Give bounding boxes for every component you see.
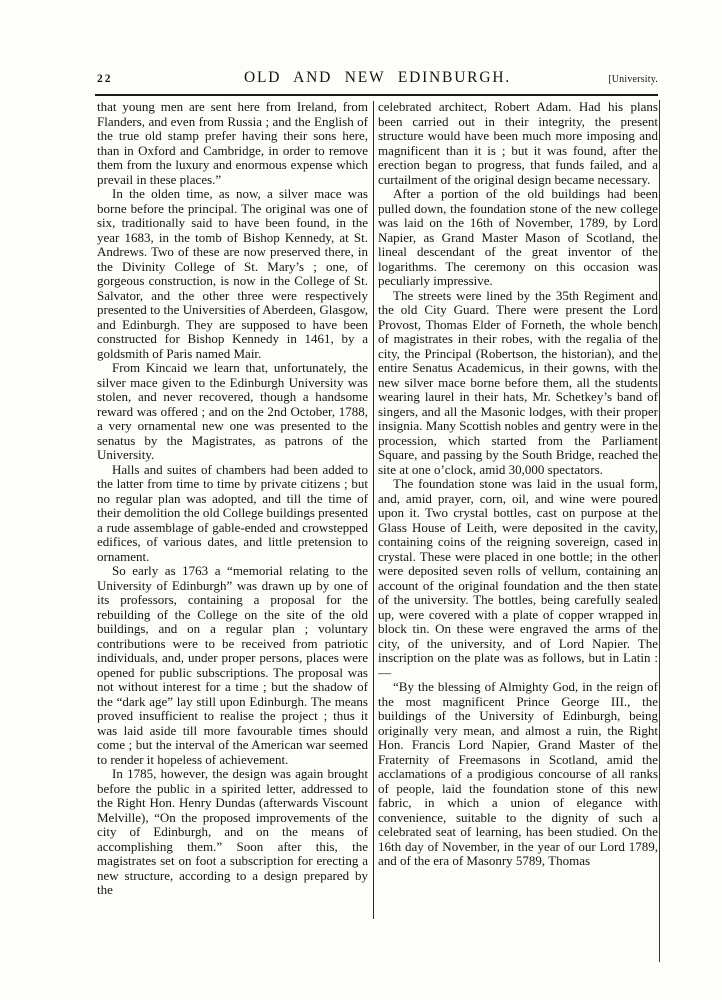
- paragraph: The streets were lined by the 35th Regim…: [378, 289, 658, 478]
- page-edge-line: [659, 100, 660, 962]
- paragraph: The foundation stone was laid in the usu…: [378, 477, 658, 680]
- running-title: OLD AND NEW EDINBURGH.: [157, 69, 598, 87]
- left-column: that young men are sent here from Irelan…: [97, 100, 368, 919]
- right-column: celebrated architect, Robert Adam. Had h…: [378, 100, 658, 919]
- page-number: 22: [97, 73, 157, 85]
- text-columns: that young men are sent here from Irelan…: [97, 100, 658, 919]
- section-label: [University.: [598, 74, 658, 85]
- paragraph: In the olden time, as now, a silver mace…: [97, 187, 368, 361]
- paragraph: celebrated architect, Robert Adam. Had h…: [378, 100, 658, 187]
- paragraph: that young men are sent here from Irelan…: [97, 100, 368, 187]
- paragraph: “By the blessing of Almighty God, in the…: [378, 680, 658, 869]
- book-page: 22 OLD AND NEW EDINBURGH. [University. t…: [0, 0, 722, 1000]
- paragraph: Halls and suites of chambers had been ad…: [97, 463, 368, 565]
- paragraph: After a portion of the old buildings had…: [378, 187, 658, 289]
- paragraph: From Kincaid we learn that, unfortunatel…: [97, 361, 368, 463]
- page-header: 22 OLD AND NEW EDINBURGH. [University.: [97, 69, 658, 87]
- paragraph: So early as 1763 a “memorial relating to…: [97, 564, 368, 767]
- paragraph: In 1785, however, the design was again b…: [97, 767, 368, 898]
- column-divider-rule: [373, 101, 374, 919]
- header-rule: [95, 94, 658, 96]
